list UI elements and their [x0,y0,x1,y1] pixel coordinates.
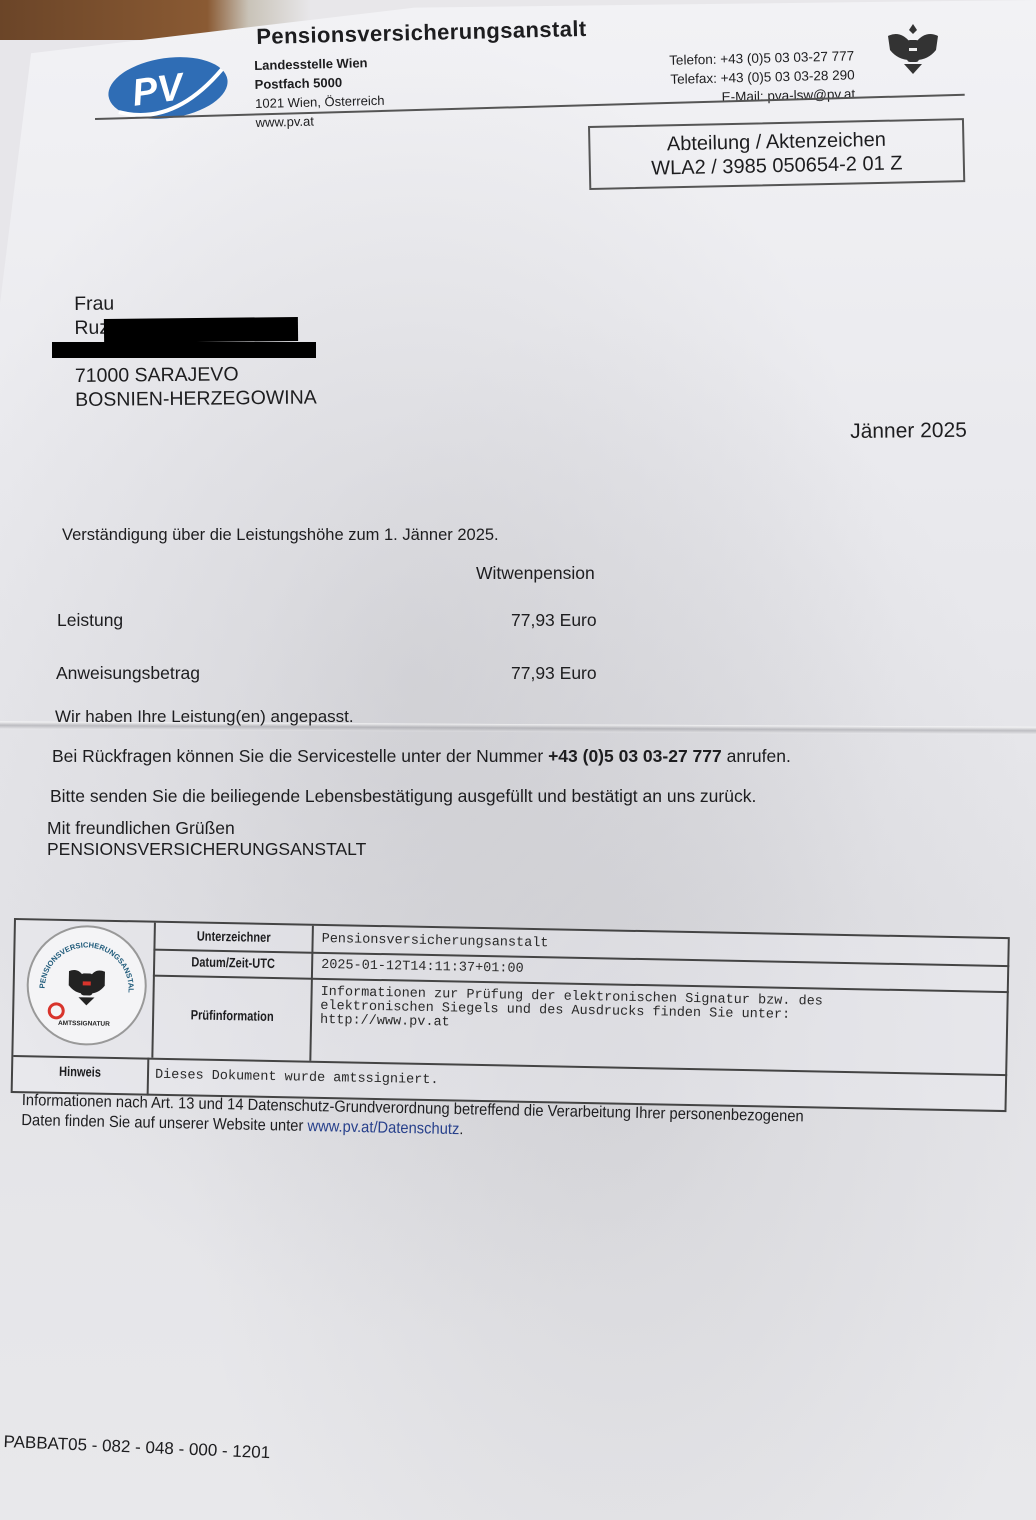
row-label: Leistung [57,610,123,631]
note-label: Hinweis [25,1063,135,1080]
datetime-label: Datum/Zeit-UTC [167,954,298,972]
privacy-link[interactable]: www.pv.at/Datenschutz [307,1118,459,1138]
salutation: Frau [74,289,316,316]
row-value: 77,93 Euro [511,610,597,631]
redaction-bar [104,317,298,343]
row-value: 77,93 Euro [511,663,597,684]
austrian-eagle-icon [880,16,946,82]
postal-city: 71000 SARAJEVO [75,361,317,388]
branch: Landesstelle Wien [254,53,384,75]
country: BOSNIEN-HERZEGOWINA [75,385,317,412]
note-value: Dieses Dokument wurde amtssigniert. [155,1069,439,1088]
row-label: Anweisungsbetrag [56,663,200,684]
letter-date: Jänner 2025 [850,419,967,444]
request-paragraph: Bitte senden Sie die beiliegende Lebensb… [50,786,756,807]
verification-label: Prüfinformation [166,1007,297,1025]
verification-value: Informationen zur Prüfung der elektronis… [320,986,823,1038]
signer-value: Pensionsversicherungsanstalt [322,933,549,951]
svg-text:PV: PV [130,66,189,115]
closing: Mit freundlichen Grüßen [47,818,366,839]
reference-box: Abteilung / Aktenzeichen WLA2 / 3985 050… [588,118,965,190]
svg-text:AMTSSIGNATUR: AMTSSIGNATUR [58,1020,110,1028]
org-address: Landesstelle Wien Postfach 5000 1021 Wie… [254,53,385,132]
signer-label: Unterzeichner [168,928,299,946]
contact-paragraph: Bei Rückfragen können Sie die Serviceste… [52,746,791,767]
subject: Verständigung über die Leistungshöhe zum… [62,526,499,545]
signatory: PENSIONSVERSICHERUNGSANSTALT [47,839,366,860]
signature-block: PENSIONSVERSICHERUNGSANSTALT AMTSSIGNATU… [11,918,1010,1112]
closing-block: Mit freundlichen Grüßen PENSIONSVERSICHE… [47,818,366,860]
datetime-value: 2025-01-12T14:11:37+01:00 [321,959,524,977]
redaction-bar [52,342,316,358]
adjusted-note: Wir haben Ihre Leistung(en) angepasst. [55,707,354,727]
column-header: Witwenpension [476,563,595,584]
service-number: +43 (0)5 03 03-27 777 [548,746,722,766]
seal-cell: PENSIONSVERSICHERUNGSANSTALT AMTSSIGNATU… [13,920,156,1058]
amtssignatur-seal-icon: PENSIONSVERSICHERUNGSANSTALT AMTSSIGNATU… [26,924,148,1046]
